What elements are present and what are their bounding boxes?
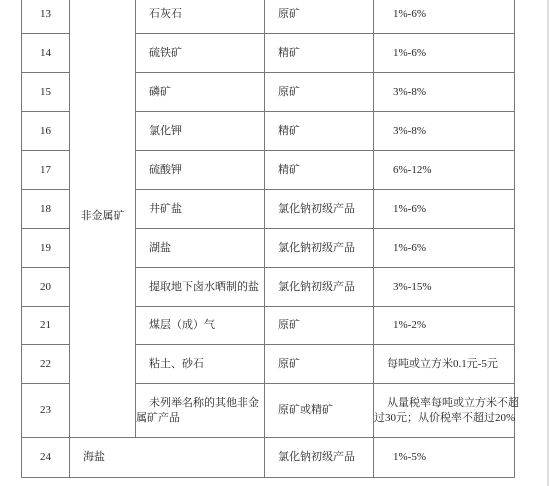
tax-rate: 1%-5% — [374, 450, 514, 465]
row-number: 17 — [22, 163, 69, 178]
table-row-13: 13 非金属矿 石灰石 原矿 1%-6% — [22, 0, 515, 34]
mineral-name-cell: 硫铁矿 — [136, 34, 265, 73]
taxable-product-cell: 精矿 — [265, 112, 374, 151]
mineral-name-cell: 井矿盐 — [136, 190, 265, 229]
taxable-product: 原矿 — [265, 318, 373, 333]
tax-rate-cell: 1%-6% — [374, 34, 515, 73]
mineral-name: 硫铁矿 — [136, 46, 264, 61]
mineral-name-line2: 属矿产品 — [136, 411, 264, 426]
tax-rate-cell: 1%-6% — [374, 190, 515, 229]
tax-rate-cell: 1%-6% — [374, 229, 515, 268]
mineral-name: 氯化钾 — [136, 124, 264, 139]
row-number-cell: 19 — [22, 229, 70, 268]
row-number-cell: 16 — [22, 112, 70, 151]
tax-rate-line1: 从量税率每吨或立方米不超 — [374, 396, 514, 411]
mineral-name-line1: 未列举名称的其他非金 — [136, 396, 264, 411]
row-number-cell: 15 — [22, 73, 70, 112]
tax-rate: 1%-6% — [374, 7, 514, 22]
taxable-product-cell: 精矿 — [265, 34, 374, 73]
mineral-name: 海盐 — [70, 450, 264, 465]
row-number: 13 — [22, 7, 69, 22]
row-number: 18 — [22, 202, 69, 217]
taxable-product-cell: 原矿 — [265, 73, 374, 112]
taxable-product-cell: 原矿 — [265, 307, 374, 345]
category-label: 非金属矿 — [70, 209, 135, 224]
mineral-name: 粘土、砂石 — [136, 357, 264, 372]
mineral-name: 湖盐 — [136, 241, 264, 256]
tax-rate: 3%-8% — [374, 124, 514, 139]
mineral-name: 硫酸钾 — [136, 163, 264, 178]
row-number: 19 — [22, 241, 69, 256]
taxable-product: 氯化钠初级产品 — [265, 202, 373, 217]
tax-rate: 1%-6% — [374, 241, 514, 256]
tax-rate-line2: 过30元；从价税率不超过20% — [374, 411, 514, 426]
row-number: 14 — [22, 46, 69, 61]
tax-rate: 3%-8% — [374, 85, 514, 100]
mineral-name: 石灰石 — [136, 7, 264, 22]
row-number: 20 — [22, 280, 69, 295]
row-number-cell: 21 — [22, 307, 70, 345]
tax-rate-cell: 从量税率每吨或立方米不超 过30元；从价税率不超过20% — [374, 384, 515, 438]
mineral-name-cell: 煤层（成）气 — [136, 307, 265, 345]
mineral-name-cell: 提取地下卤水晒制的盐 — [136, 268, 265, 307]
table-row-24: 24 海盐 氯化钠初级产品 1%-5% — [22, 438, 515, 478]
row-number-cell: 17 — [22, 151, 70, 190]
taxable-product: 精矿 — [265, 46, 373, 61]
tax-rate: 1%-6% — [374, 46, 514, 61]
taxable-product: 原矿或精矿 — [265, 403, 373, 418]
tax-rate: 1%-6% — [374, 202, 514, 217]
row-number-cell: 22 — [22, 345, 70, 384]
row-number-cell: 20 — [22, 268, 70, 307]
tax-rate-cell: 1%-5% — [374, 438, 515, 478]
taxable-product-cell: 原矿或精矿 — [265, 384, 374, 438]
tax-rate-cell: 6%-12% — [374, 151, 515, 190]
taxable-product: 精矿 — [265, 124, 373, 139]
tax-rate: 1%-2% — [374, 318, 514, 333]
row-number: 24 — [22, 450, 69, 465]
category-cell: 非金属矿 — [70, 0, 136, 438]
tax-rate: 每吨或立方米0.1元-5元 — [374, 357, 514, 372]
row-number-cell: 23 — [22, 384, 70, 438]
mineral-name: 井矿盐 — [136, 202, 264, 217]
tax-rate: 3%-15% — [374, 280, 514, 295]
taxable-product: 原矿 — [265, 7, 373, 22]
row-number: 15 — [22, 85, 69, 100]
taxable-product-cell: 原矿 — [265, 0, 374, 34]
mineral-name-cell: 氯化钾 — [136, 112, 265, 151]
mineral-name-cell: 未列举名称的其他非金 属矿产品 — [136, 384, 265, 438]
taxable-product-cell: 氯化钠初级产品 — [265, 268, 374, 307]
mineral-name-cell: 海盐 — [70, 438, 265, 478]
taxable-product-cell: 氯化钠初级产品 — [265, 438, 374, 478]
taxable-product: 原矿 — [265, 85, 373, 100]
mineral-name: 煤层（成）气 — [136, 318, 264, 333]
tax-rate-cell: 3%-8% — [374, 73, 515, 112]
taxable-product: 氯化钠初级产品 — [265, 450, 373, 465]
tax-rate-cell: 1%-6% — [374, 0, 515, 34]
mineral-name: 磷矿 — [136, 85, 264, 100]
taxable-product: 氯化钠初级产品 — [265, 241, 373, 256]
tax-rate-cell: 每吨或立方米0.1元-5元 — [374, 345, 515, 384]
row-number: 22 — [22, 357, 69, 372]
taxable-product-cell: 氯化钠初级产品 — [265, 190, 374, 229]
row-number: 16 — [22, 124, 69, 139]
taxable-product-cell: 原矿 — [265, 345, 374, 384]
mineral-name: 提取地下卤水晒制的盐 — [136, 280, 264, 295]
mineral-name-cell: 湖盐 — [136, 229, 265, 268]
taxable-product-cell: 精矿 — [265, 151, 374, 190]
row-number: 21 — [22, 318, 69, 333]
mineral-name-cell: 磷矿 — [136, 73, 265, 112]
tax-rate-cell: 1%-2% — [374, 307, 515, 345]
taxable-product-cell: 氯化钠初级产品 — [265, 229, 374, 268]
mineral-name-cell: 硫酸钾 — [136, 151, 265, 190]
row-number: 23 — [22, 403, 69, 418]
page-right-edge — [547, 0, 549, 486]
row-number-cell: 24 — [22, 438, 70, 478]
tax-rate-cell: 3%-15% — [374, 268, 515, 307]
mineral-name-cell: 粘土、砂石 — [136, 345, 265, 384]
taxable-product: 氯化钠初级产品 — [265, 280, 373, 295]
document-page: 13 非金属矿 石灰石 原矿 1%-6% 14 硫铁矿 精矿 1%-6% 15 … — [0, 0, 550, 486]
row-number-cell: 14 — [22, 34, 70, 73]
mineral-name-cell: 石灰石 — [136, 0, 265, 34]
resource-tax-table: 13 非金属矿 石灰石 原矿 1%-6% 14 硫铁矿 精矿 1%-6% 15 … — [21, 0, 515, 478]
row-number-cell: 13 — [22, 0, 70, 34]
tax-rate: 6%-12% — [374, 163, 514, 178]
taxable-product: 精矿 — [265, 163, 373, 178]
taxable-product: 原矿 — [265, 357, 373, 372]
tax-rate-cell: 3%-8% — [374, 112, 515, 151]
row-number-cell: 18 — [22, 190, 70, 229]
